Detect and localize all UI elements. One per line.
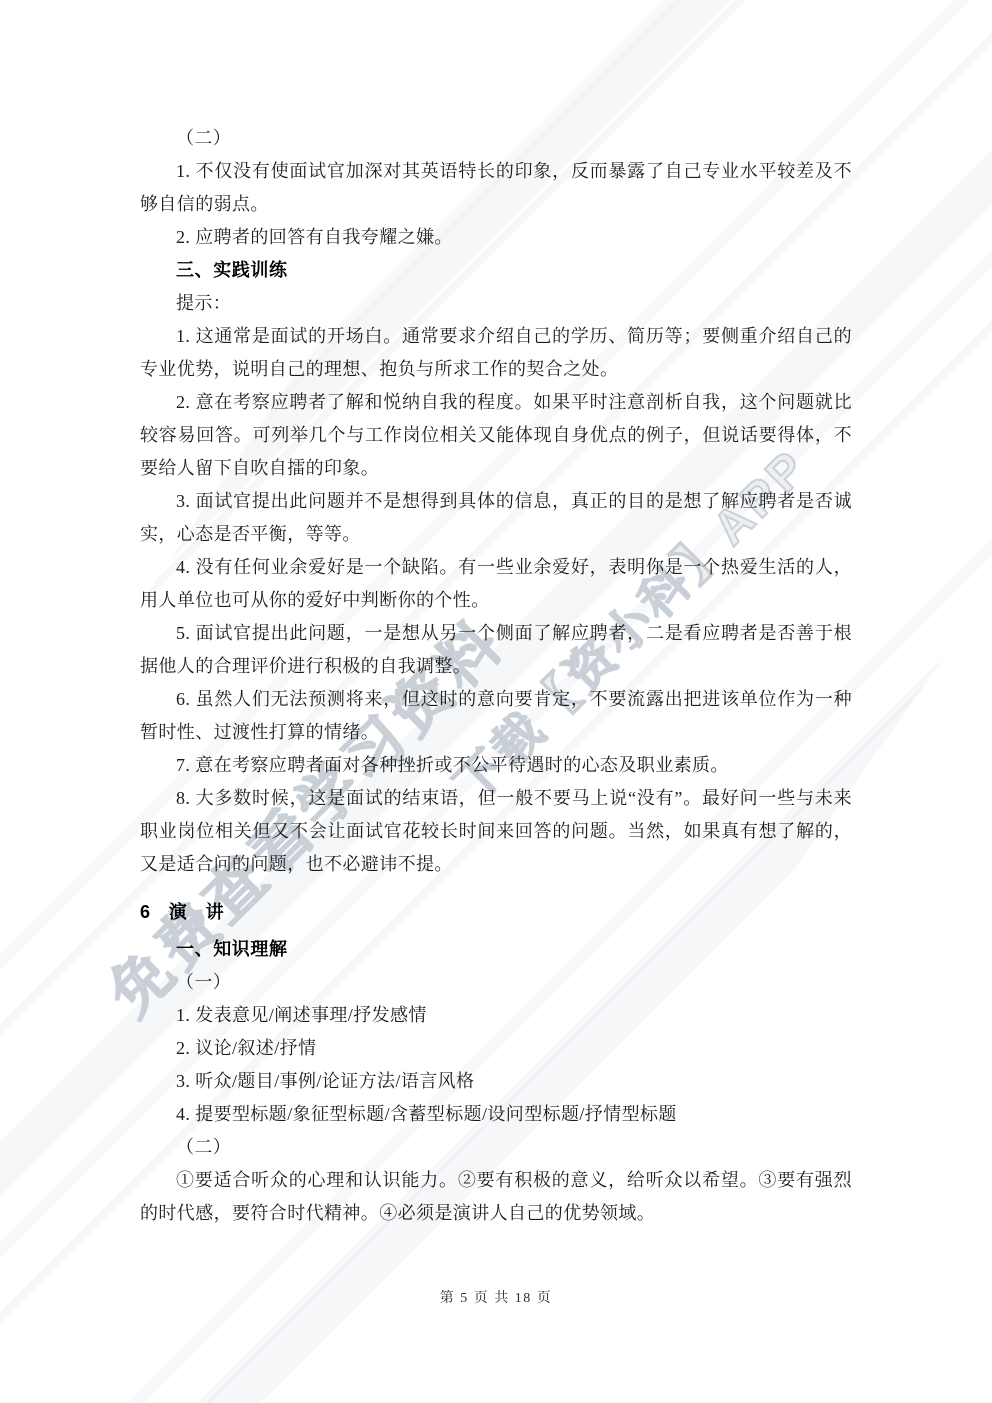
answer-item: 1. 不仅没有使面试官加深对其英语特长的印象，反而暴露了自己专业水平较差及不够自…: [140, 155, 852, 221]
hint-item: 7. 意在考察应聘者面对各种挫折或不公平待遇时的心态及职业素质。: [140, 749, 852, 782]
chapter-title-speech: 6 演 讲: [140, 881, 852, 933]
section-label: （二）: [140, 1131, 852, 1164]
numbered-criteria-paragraph: ①要适合听众的心理和认识能力。②要有积极的意义，给听众以希望。③要有强烈的时代感…: [140, 1164, 852, 1230]
hint-item: 1. 这通常是面试的开场白。通常要求介绍自己的学历、简历等；要侧重介绍自己的专业…: [140, 320, 852, 386]
section-label: （二）: [140, 122, 852, 155]
section-label: （一）: [140, 966, 852, 999]
hint-item: 8. 大多数时候，这是面试的结束语，但一般不要马上说“没有”。最好问一些与未来职…: [140, 782, 852, 881]
hint-item: 5. 面试官提出此问题，一是想从另一个侧面了解应聘者，二是看应聘者是否善于根据他…: [140, 617, 852, 683]
list-item: 4. 提要型标题/象征型标题/含蓄型标题/设问型标题/抒情型标题: [140, 1098, 852, 1131]
hint-item: 3. 面试官提出此问题并不是想得到具体的信息，真正的目的是想了解应聘者是否诚实，…: [140, 485, 852, 551]
hint-item: 6. 虽然人们无法预测将来，但这时的意向要肯定，不要流露出把进该单位作为一种暂时…: [140, 683, 852, 749]
list-item: 3. 听众/题目/事例/论证方法/语言风格: [140, 1065, 852, 1098]
answer-item: 2. 应聘者的回答有自我夸耀之嫌。: [140, 221, 852, 254]
heading-practice-training: 三、实践训练: [140, 254, 852, 287]
hint-item: 4. 没有任何业余爱好是一个缺陷。有一些业余爱好，表明你是一个热爱生活的人，用人…: [140, 551, 852, 617]
content-area: （二） 1. 不仅没有使面试官加深对其英语特长的印象，反而暴露了自己专业水平较差…: [140, 122, 852, 1230]
hint-label: 提示：: [140, 287, 852, 320]
page-number-footer: 第 5 页 共 18 页: [0, 1287, 992, 1307]
document-page: 免费查看学习资料 下载【资小科】APP （二） 1. 不仅没有使面试官加深对其英…: [0, 0, 992, 1403]
heading-knowledge-understanding: 一、知识理解: [140, 933, 852, 966]
hint-item: 2. 意在考察应聘者了解和悦纳自我的程度。如果平时注意剖析自我，这个问题就比较容…: [140, 386, 852, 485]
list-item: 2. 议论/叙述/抒情: [140, 1032, 852, 1065]
list-item: 1. 发表意见/阐述事理/抒发感情: [140, 999, 852, 1032]
